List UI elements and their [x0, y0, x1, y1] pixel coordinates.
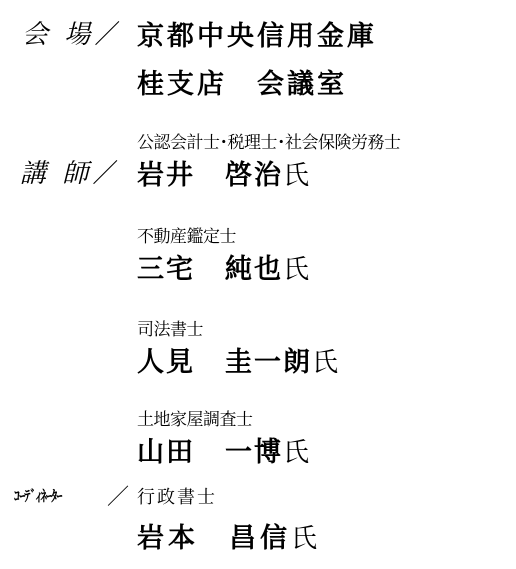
lecturer-separator: ／	[92, 159, 118, 189]
coordinator-separator: ／	[107, 480, 129, 511]
venue-separator: ／	[94, 20, 120, 50]
venue-name-line1: 京都中央信用金庫	[137, 14, 377, 53]
venue-branch: 桂支店	[137, 69, 227, 100]
lecturer-title: 公認会計士･税理士･社会保険労務士	[137, 128, 401, 153]
venue-room: 会議室	[257, 69, 347, 100]
lecturer-title: 土地家屋調査士	[137, 405, 253, 430]
lecturer-label: 講 師	[20, 159, 92, 189]
coordinator-label-row: ｺｰﾃﾞｨﾈｰﾀｰ	[14, 485, 74, 506]
lecturer-given-name: 啓治	[225, 160, 283, 191]
honorific: 氏	[291, 524, 317, 554]
honorific: 氏	[283, 161, 309, 191]
honorific: 氏	[312, 348, 338, 378]
lecturer-given-name: 圭一朗	[225, 347, 312, 378]
lecturer-surname: 山田	[137, 437, 195, 468]
venue-label: 会 場	[22, 20, 94, 50]
lecturer-name: 山田一博氏	[137, 430, 309, 469]
lecturer-name: 三宅純也氏	[137, 247, 309, 286]
lecturer-name: 岩井啓治氏	[137, 153, 309, 192]
lecturer-given-name: 一博	[225, 437, 283, 468]
lecturer-title: 不動産鑑定士	[137, 222, 236, 247]
lecturer-surname: 三宅	[137, 254, 195, 285]
coordinator-name: 岩本昌信氏	[137, 516, 317, 555]
lecturer-surname: 岩井	[137, 160, 195, 191]
coordinator-title: 行政書士	[137, 483, 217, 509]
venue-label-row: 会 場／	[22, 14, 120, 51]
lecturer-title: 司法書士	[137, 315, 203, 340]
coordinator-given-name: 昌信	[229, 523, 291, 554]
venue-name-line2: 桂支店会議室	[137, 62, 347, 101]
lecturer-surname: 人見	[137, 347, 195, 378]
coordinator-surname: 岩本	[137, 523, 199, 554]
coordinator-label: ｺｰﾃﾞｨﾈｰﾀｰ	[14, 485, 62, 506]
lecturer-label-row: 講 師／	[20, 153, 118, 190]
lecturer-name: 人見圭一朗氏	[137, 340, 338, 379]
honorific: 氏	[283, 438, 309, 468]
honorific: 氏	[283, 255, 309, 285]
lecturer-given-name: 純也	[225, 254, 283, 285]
